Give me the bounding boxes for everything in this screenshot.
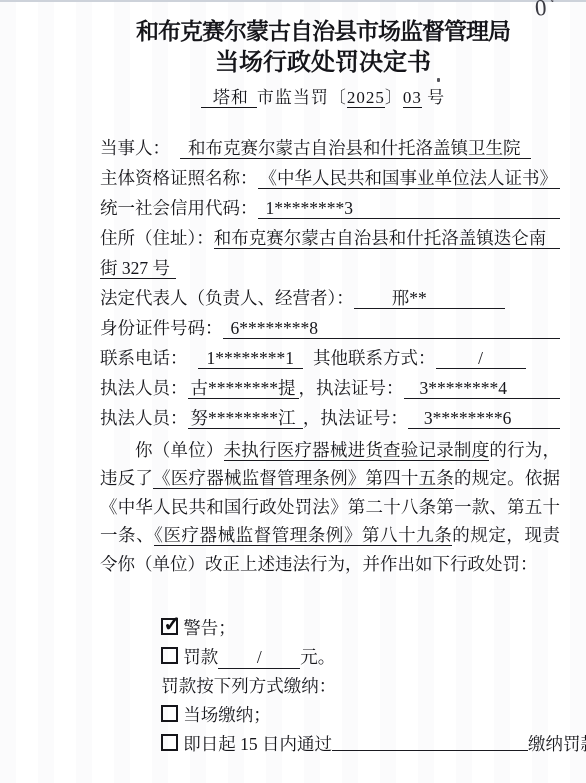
id-number-label: 身份证件号码： [100, 313, 223, 343]
party-value: 和布克赛尔蒙古自治县和什托洛盖镇卫生院 [180, 133, 531, 163]
payment-intro-row: 罚款按下列方式缴纳： [100, 643, 560, 672]
other-contact-value: / [436, 343, 526, 373]
pay-transfer-prefix: 即日起 15 日内通过 [183, 734, 332, 754]
violation-paragraph: 你（单位）未执行医疗器械进货查验记录制度的行为，违反了《医疗器械监督管理条例》第… [100, 436, 560, 578]
pay-onsite-row: 当场缴纳； [100, 672, 560, 701]
handwritten-corner-mark: 0 [534, 0, 555, 22]
credit-code-value: 1********3 [258, 193, 561, 223]
penalty-basis-underlined: 《医疗器械监督管理条例》第八十九条 [154, 525, 452, 546]
doc-no-suffix: 号 [422, 88, 445, 107]
officer1-cert-value: 3********4 [404, 373, 561, 403]
penalty-fine-row: 罚款/元。 [100, 614, 560, 643]
officer1-separator: ， [299, 373, 317, 403]
field-row-id-number: 身份证件号码： 6********8 [100, 313, 560, 343]
fields-section: 当事人： 和布克赛尔蒙古自治县和什托洛盖镇卫生院 主体资格证照名称： 《中华人民… [100, 133, 560, 433]
penalty-warning-row: 警告； [100, 585, 560, 614]
doc-no-number: 03 [403, 88, 422, 108]
penalty-options-section: 警告； 罚款/元。 罚款按下列方式缴纳： 当场缴纳； 即日起 15 日内通过缴纳… [100, 585, 560, 730]
page-title: 和布克赛尔蒙古自治县市场监督管理局 [86, 16, 560, 48]
legal-rep-value: 邢** [354, 283, 505, 313]
license-label: 主体资格证照名称： [100, 163, 258, 193]
address-value-line1: 和布克赛尔蒙古自治县和什托洛盖镇迭仑南 [214, 223, 560, 253]
payment-channel-blank [332, 734, 528, 754]
officer2-label: 执法人员： [100, 403, 188, 433]
officer1-label: 执法人员： [100, 373, 188, 403]
doc-no-mid: 市监当罚〔 [257, 88, 347, 107]
field-row-credit-code: 统一社会信用代码： 1********3 [100, 193, 560, 223]
violation-act-underlined: 未执行医疗器械进货查验记录制度 [224, 440, 490, 461]
violated-regulation-underlined: 《医疗器械监督管理条例》第四十五条 [153, 468, 454, 489]
credit-code-label: 统一社会信用代码： [100, 193, 258, 223]
pay-transfer-row: 即日起 15 日内通过缴纳罚款。 [100, 701, 560, 730]
officer2-separator: ， [303, 403, 321, 433]
license-value: 《中华人民共和国事业单位法人证书》 [258, 163, 561, 193]
field-row-legal-rep: 法定代表人（负责人、经营者）： 邢** [100, 283, 560, 313]
other-contact-label: 其他联系方式： [313, 343, 436, 373]
field-row-officer2: 执法人员： 努********江 ， 执法证号： 3********6 [100, 403, 560, 433]
field-row-party: 当事人： 和布克赛尔蒙古自治县和什托洛盖镇卫生院 [100, 133, 560, 163]
doc-no-office: 塔和 [201, 88, 257, 108]
page-subtitle: 当场行政处罚决定书 [86, 48, 560, 79]
party-label: 当事人： [100, 133, 170, 163]
penalty-decision-document: 0 和布克赛尔蒙古自治县市场监督管理局 当场行政处罚决定书 塔和市监当罚〔202… [0, 0, 586, 783]
officer2-name: 努********江 [188, 403, 303, 433]
officer1-name: 古********提 [188, 373, 299, 403]
officer1-cert-label: 执法证号： [316, 373, 404, 403]
officer2-cert-value: 3********6 [408, 403, 560, 433]
id-number-value: 6********8 [223, 313, 561, 343]
officer2-cert-label: 执法证号： [320, 403, 408, 433]
pay-transfer-suffix: 缴纳罚款。 [528, 734, 586, 754]
empty-checkbox-icon [161, 734, 178, 751]
doc-no-year: 2025 [347, 88, 385, 108]
field-row-license: 主体资格证照名称： 《中华人民共和国事业单位法人证书》 [100, 163, 560, 193]
address-label: 住所（住址）： [100, 223, 214, 253]
field-row-address-line2: 街 327 号 [100, 253, 560, 283]
phone-value: 1********1 [198, 343, 304, 373]
field-row-phone: 联系电话： 1********1 其他联系方式： / [100, 343, 560, 373]
phone-label: 联系电话： [100, 343, 188, 373]
doc-no-close: 〕 [385, 88, 403, 107]
address-value-line2: 街 327 号 [100, 253, 176, 283]
paragraph-seg1: 你（单位） [135, 440, 224, 460]
legal-rep-label: 法定代表人（负责人、经营者）： [100, 283, 354, 313]
field-row-address: 住所（住址）： 和布克赛尔蒙古自治县和什托洛盖镇迭仑南 [100, 223, 560, 253]
field-row-officer1: 执法人员： 古********提 ， 执法证号： 3********4 [100, 373, 560, 403]
document-number: 塔和市监当罚〔2025〕03 号 [86, 83, 560, 113]
scan-speckle [437, 78, 440, 82]
